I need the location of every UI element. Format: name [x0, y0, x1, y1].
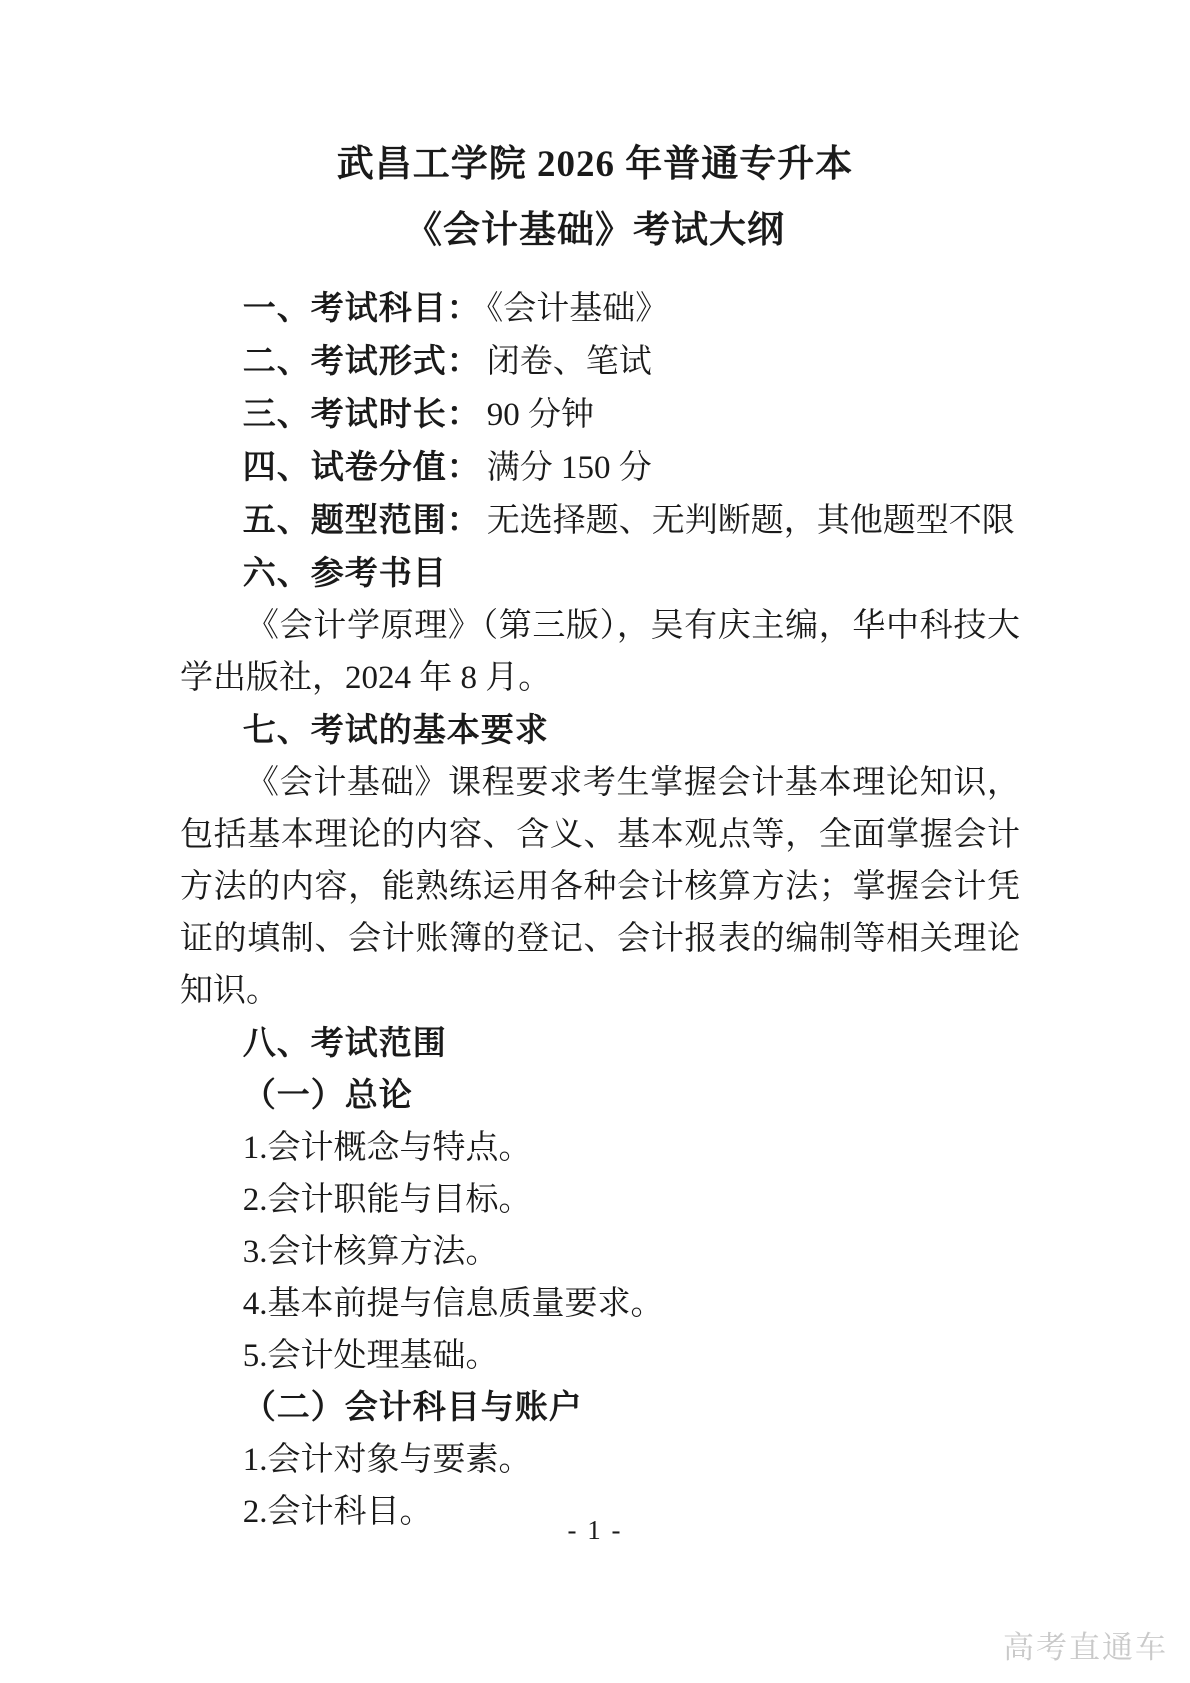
- page-number: - 1 -: [0, 1515, 1190, 1546]
- title-line-2: 《会计基础》考试大纲: [0, 198, 1190, 264]
- section-heading-reference-books: 六、参考书目: [180, 547, 1020, 600]
- info-value-exam-format: 闭卷、笔试: [481, 344, 652, 380]
- info-item-total-score: 四、试卷分值：满分 150 分: [180, 441, 1020, 494]
- info-label-total-score: 四、试卷分值：: [243, 448, 481, 485]
- info-value-question-types: 无选择题、无判断题，其他题型不限: [481, 503, 1015, 539]
- section-heading-basic-requirements: 七、考试的基本要求: [180, 704, 1020, 757]
- scope-subsection-2-item-1: 1.会计对象与要素。: [180, 1434, 1020, 1486]
- info-label-exam-format: 二、考试形式：: [243, 342, 481, 379]
- scope-subsection-1-item-2: 2.会计职能与目标。: [180, 1174, 1020, 1226]
- info-item-exam-subject: 一、考试科目：《会计基础》: [180, 282, 1020, 335]
- document-page: 武昌工学院 2026 年普通专升本 《会计基础》考试大纲 一、考试科目：《会计基…: [0, 0, 1190, 1683]
- section-heading-exam-scope: 八、考试范围: [180, 1017, 1020, 1070]
- scope-subsection-1-item-5: 5.会计处理基础。: [180, 1330, 1020, 1382]
- info-label-exam-duration: 三、考试时长：: [243, 395, 481, 432]
- info-value-total-score: 满分 150 分: [481, 450, 652, 486]
- watermark-text: 高考直通车: [1003, 1622, 1168, 1667]
- document-title-block: 武昌工学院 2026 年普通专升本 《会计基础》考试大纲: [0, 0, 1190, 264]
- info-value-exam-duration: 90 分钟: [481, 397, 594, 433]
- info-label-question-types: 五、题型范围：: [243, 501, 481, 538]
- info-item-exam-format: 二、考试形式：闭卷、笔试: [180, 335, 1020, 388]
- scope-subsection-1-item-3: 3.会计核算方法。: [180, 1226, 1020, 1278]
- info-label-exam-subject: 一、考试科目：: [243, 289, 481, 326]
- scope-subsection-1-item-4: 4.基本前提与信息质量要求。: [180, 1278, 1020, 1330]
- info-item-exam-duration: 三、考试时长：90 分钟: [180, 388, 1020, 441]
- document-body: 一、考试科目：《会计基础》 二、考试形式：闭卷、笔试 三、考试时长：90 分钟 …: [180, 282, 1020, 1538]
- basic-requirements-paragraph: 《会计基础》课程要求考生掌握会计基本理论知识，包括基本理论的内容、含义、基本观点…: [180, 757, 1020, 1017]
- title-line-1: 武昌工学院 2026 年普通专升本: [0, 132, 1190, 198]
- scope-subsection-1-item-1: 1.会计概念与特点。: [180, 1122, 1020, 1174]
- scope-subsection-2-heading: （二）会计科目与账户: [180, 1382, 1020, 1434]
- scope-subsection-1-heading: （一）总论: [180, 1070, 1020, 1122]
- reference-books-paragraph: 《会计学原理》（第三版），吴有庆主编，华中科技大学出版社，2024 年 8 月。: [180, 600, 1020, 704]
- info-value-exam-subject: 《会计基础》: [481, 291, 669, 327]
- info-item-question-types: 五、题型范围：无选择题、无判断题，其他题型不限: [180, 494, 1020, 547]
